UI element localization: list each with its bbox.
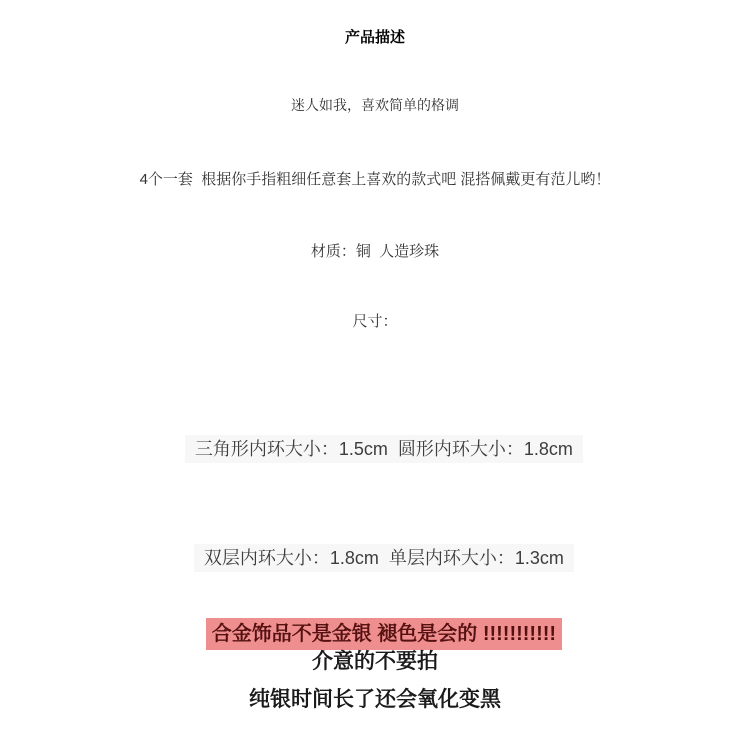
size-line-1-row: 三角形内环大小：1.5cm 圆形内环大小：1.8cm [0, 417, 750, 481]
warning-line-3: 纯银时间长了还会氧化变黑 [0, 686, 750, 714]
warning-line-2: 介意的不要拍 [0, 648, 750, 676]
size-label: 尺寸： [0, 312, 750, 332]
product-description-page: 产品描述 迷人如我，喜欢简单的格调 4个一套 根据你手指粗细任意套上喜欢的款式吧… [0, 0, 750, 750]
warning-highlighted-text: 合金饰品不是金银 褪色是会的 !!!!!!!!!!! [206, 618, 562, 650]
size-line-2-row: 双层内环大小：1.8cm 单层内环大小：1.3cm [0, 526, 750, 590]
material-text: 材质：铜 人造珍珠 [0, 242, 750, 262]
page-title: 产品描述 [0, 28, 750, 48]
size-line-1: 三角形内环大小：1.5cm 圆形内环大小：1.8cm [185, 435, 583, 463]
size-line-2: 双层内环大小：1.8cm 单层内环大小：1.3cm [194, 544, 574, 572]
intro-text: 迷人如我，喜欢简单的格调 [0, 95, 750, 115]
set-info-text: 4个一套 根据你手指粗细任意套上喜欢的款式吧 混搭佩戴更有范儿哟！ [0, 170, 750, 190]
